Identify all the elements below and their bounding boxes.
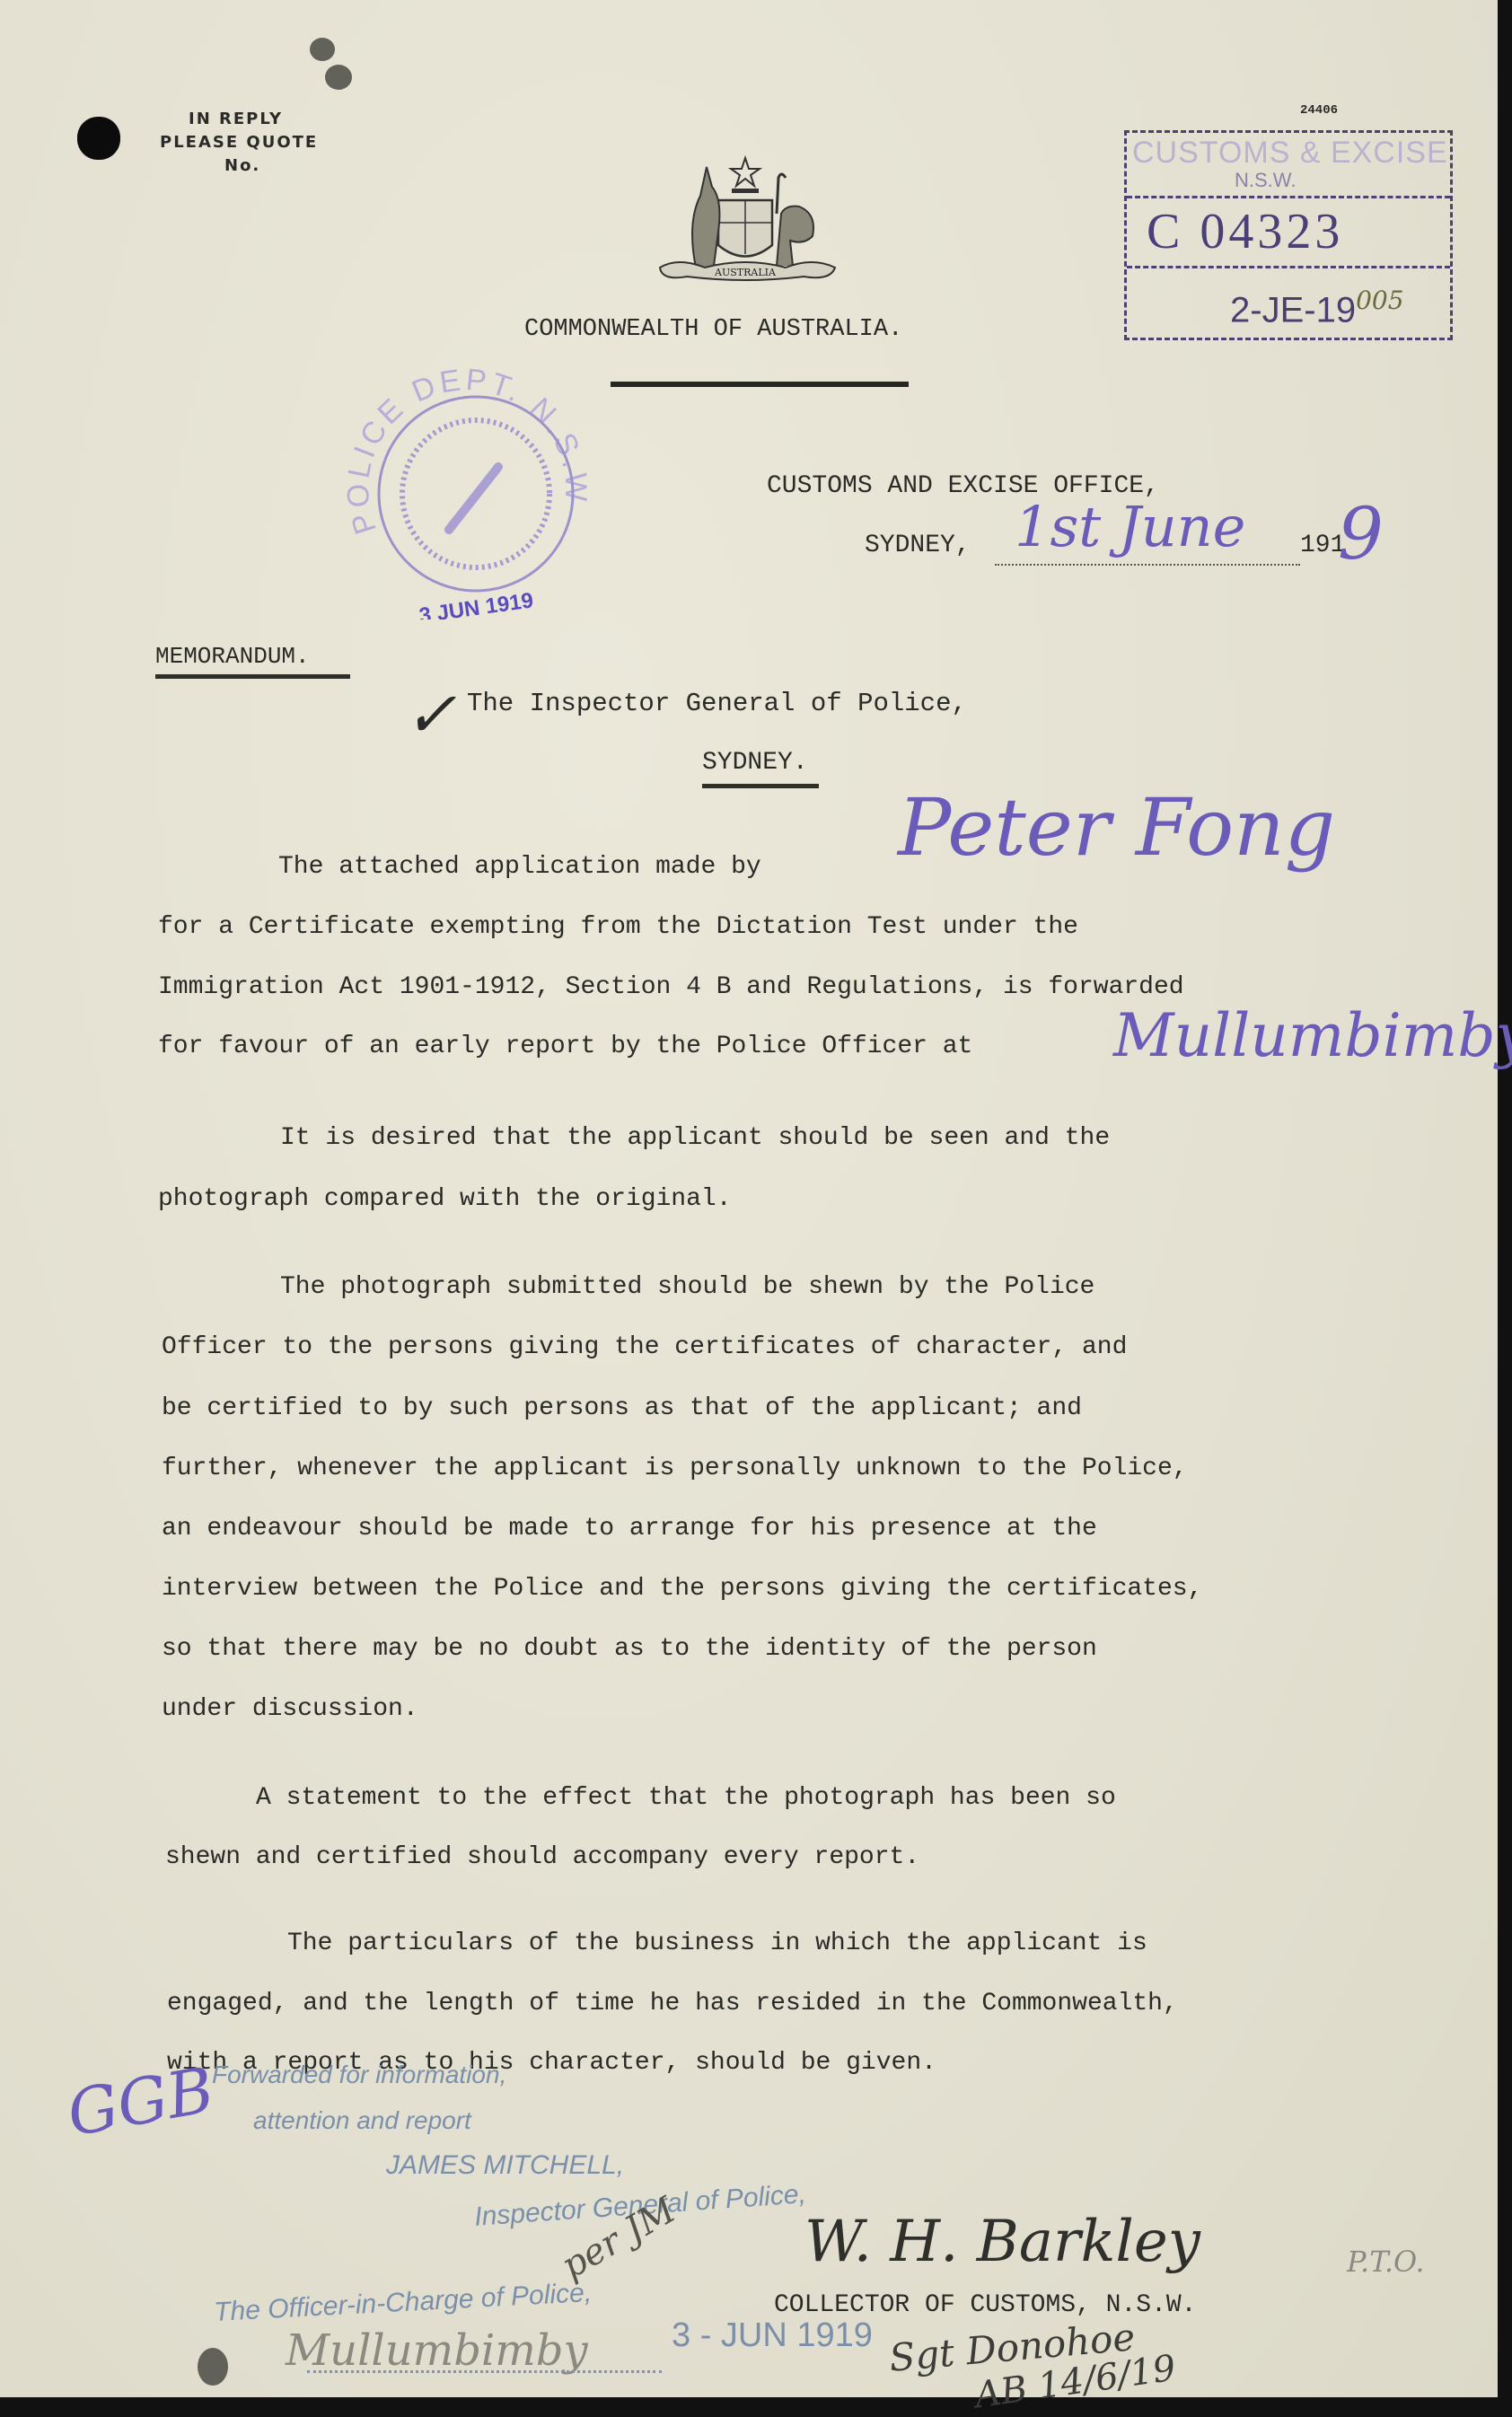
- ink-blot: [198, 2348, 228, 2386]
- customs-stamp-date: 2-JE-19005: [1230, 286, 1404, 330]
- police-dept-received-stamp: POLICE DEPT. N.S.W. 3 JUN 1919: [341, 359, 602, 620]
- forward-place-dotted-line: [307, 2370, 662, 2373]
- body-p1-line2: for a Certificate exempting from the Dic…: [158, 913, 1078, 941]
- body-p4-line2: shewn and certified should accompany eve…: [165, 1843, 919, 1871]
- body-p2-line2: photograph compared with the original.: [158, 1185, 732, 1213]
- body-p3-line3: be certified to by such persons as that …: [162, 1394, 1082, 1422]
- memorandum-title: MEMORANDUM.: [155, 643, 310, 670]
- addressee-city: SYDNEY.: [702, 749, 808, 777]
- ink-blot: [310, 38, 335, 61]
- reply-note-line-3: No.: [224, 156, 260, 175]
- initials-handwritten: GGB: [62, 2052, 219, 2150]
- forwarded-line-1: Forwarded for information,: [212, 2061, 506, 2089]
- forward-stamp-date: 3 - JUN 1919: [672, 2316, 873, 2355]
- coat-of-arms-icon: AUSTRALIA: [642, 151, 848, 286]
- heading-divider: [611, 382, 909, 387]
- punch-hole: [77, 117, 120, 160]
- body-p1-line4: for favour of an early report by the Pol…: [158, 1033, 972, 1060]
- customs-stamp-top-text: CUSTOMS & EXCISE: [1132, 136, 1448, 171]
- svg-text:AUSTRALIA: AUSTRALIA: [714, 267, 777, 278]
- pto-note: P.T.O.: [1347, 2245, 1425, 2279]
- tick-mark: ✓: [404, 678, 457, 751]
- addressee-city-underline: [702, 784, 819, 788]
- organisation-heading: COMMONWEALTH OF AUSTRALIA.: [524, 316, 902, 343]
- body-p2-line1: It is desired that the applicant should …: [280, 1124, 1110, 1152]
- forward-place-handwritten: Mullumbimby: [286, 2325, 588, 2376]
- body-p3-line4: further, whenever the applicant is perso…: [162, 1455, 1188, 1482]
- body-p3-line7: so that there may be no doubt as to the …: [162, 1635, 1097, 1663]
- body-p3-line6: interview between the Police and the per…: [162, 1575, 1202, 1603]
- year-handwritten: 9: [1338, 492, 1384, 576]
- addressee: The Inspector General of Police,: [467, 689, 967, 718]
- customs-date-handwritten: 005: [1356, 286, 1403, 315]
- collector-title: COLLECTOR OF CUSTOMS, N.S.W.: [774, 2291, 1196, 2319]
- date-dotted-line: [995, 564, 1300, 566]
- customs-received-stamp: CUSTOMS & EXCISE N.S.W. C 04323 2-JE-190…: [1124, 130, 1453, 340]
- reply-note-line-1: IN REPLY: [189, 110, 283, 128]
- ink-blot: [325, 65, 352, 90]
- office-city: SYDNEY,: [865, 532, 971, 559]
- officer-in-charge-line: The Officer-in-Charge of Police,: [213, 2278, 592, 2328]
- body-p1-line1: The attached application made by: [278, 853, 761, 881]
- body-p1-line3: Immigration Act 1901-1912, Section 4 B a…: [158, 973, 1184, 1001]
- body-p3-line2: Officer to the persons giving the certif…: [162, 1333, 1127, 1361]
- forwarded-line-2: attention and report: [253, 2106, 471, 2135]
- document-page: IN REPLY PLEASE QUOTE No. 24406 AUSTRALI…: [0, 0, 1498, 2397]
- customs-stamp-sub-text: N.S.W.: [1235, 169, 1296, 192]
- body-p3-line5: an endeavour should be made to arrange f…: [162, 1515, 1097, 1542]
- collector-signature: W. H. Barkley: [804, 2209, 1200, 2275]
- reply-note-line-2: PLEASE QUOTE: [160, 133, 318, 152]
- body-p4-line1: A statement to the effect that the photo…: [256, 1784, 1116, 1812]
- print-number: 24406: [1300, 103, 1338, 118]
- police-station-handwritten: Mullumbimby: [1113, 1001, 1512, 1070]
- body-p5-line2: engaged, and the length of time he has r…: [167, 1990, 1178, 2017]
- svg-text:3 JUN 1919: 3 JUN 1919: [418, 588, 535, 620]
- body-p5-line1: The particulars of the business in which…: [287, 1929, 1147, 1957]
- body-p3-line8: under discussion.: [162, 1695, 418, 1723]
- customs-reference-number: C 04323: [1147, 203, 1343, 260]
- handwritten-date: 1st June: [1015, 494, 1245, 559]
- applicant-name-handwritten: Peter Fong: [898, 781, 1335, 874]
- body-p3-line1: The photograph submitted should be shewn…: [280, 1273, 1094, 1301]
- inspector-name: JAMES MITCHELL,: [386, 2150, 624, 2181]
- memorandum-underline: [155, 674, 350, 679]
